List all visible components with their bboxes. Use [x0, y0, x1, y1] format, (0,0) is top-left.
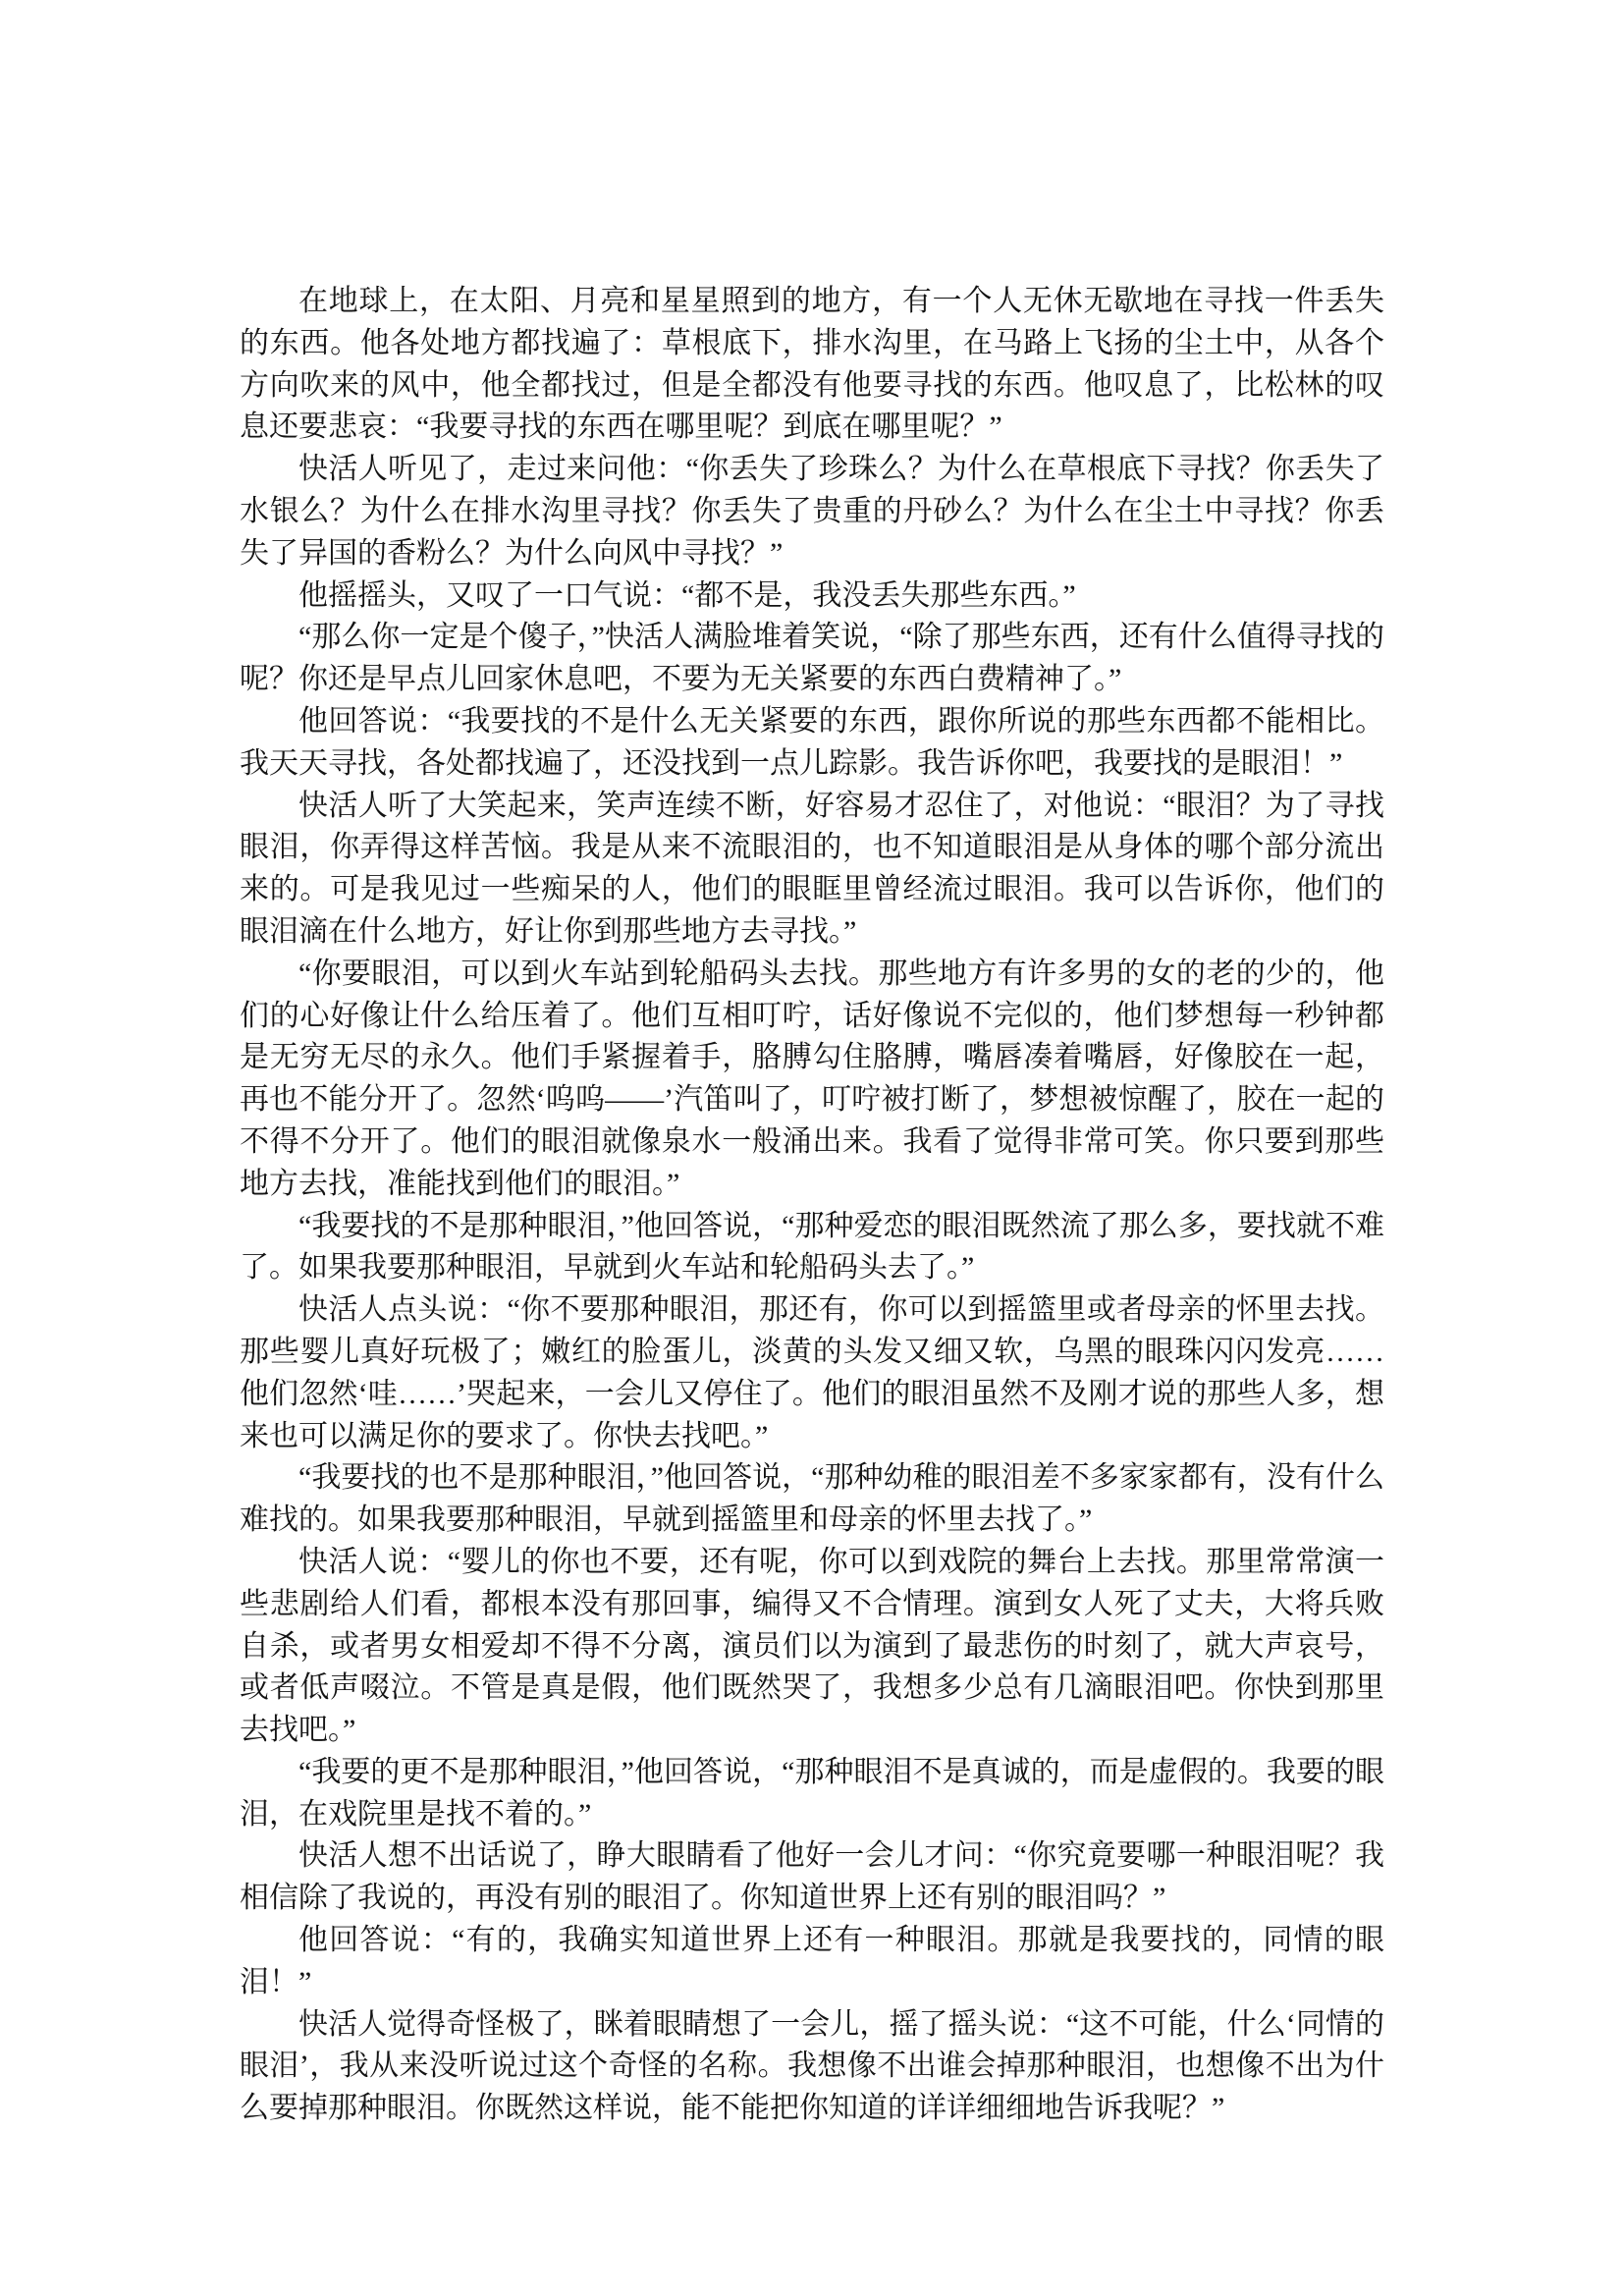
- document-page: 在地球上，在太阳、月亮和星星照到的地方，有一个人无休无歇地在寻找一件丢失的东西。…: [0, 0, 1623, 2296]
- paragraph: 快活人听见了，走过来问他：“你丢失了珍珠么？为什么在草根底下寻找？你丢失了水银么…: [240, 449, 1384, 574]
- paragraph: 快活人想不出话说了，睁大眼睛看了他好一会儿才问：“你究竟要哪一种眼泪呢？我相信除…: [240, 1835, 1384, 1920]
- paragraph: “我要的更不是那种眼泪，”他回答说，“那种眼泪不是真诚的，而是虚假的。我要的眼泪…: [240, 1752, 1384, 1836]
- paragraph: 快活人说：“婴儿的你也不要，还有呢，你可以到戏院的舞台上去找。那里常常演一些悲剧…: [240, 1542, 1384, 1752]
- paragraph: “你要眼泪，可以到火车站到轮船码头去找。那些地方有许多男的女的老的少的，他们的心…: [240, 954, 1384, 1206]
- paragraph: “那么你一定是个傻子，”快活人满脸堆着笑说，“除了那些东西，还有什么值得寻找的呢…: [240, 617, 1384, 701]
- paragraph: “我要找的不是那种眼泪，”他回答说，“那种爱恋的眼泪既然流了那么多，要找就不难了…: [240, 1206, 1384, 1290]
- paragraph: 在地球上，在太阳、月亮和星星照到的地方，有一个人无休无歇地在寻找一件丢失的东西。…: [240, 281, 1384, 449]
- paragraph: 快活人觉得奇怪极了，眯着眼睛想了一会儿，摇了摇头说：“这不可能，什么‘同情的眼泪…: [240, 2004, 1384, 2130]
- paragraph: 快活人点头说：“你不要那种眼泪，那还有，你可以到摇篮里或者母亲的怀里去找。那些婴…: [240, 1289, 1384, 1457]
- paragraph: “我要找的也不是那种眼泪，”他回答说，“那种幼稚的眼泪差不多家家都有，没有什么难…: [240, 1457, 1384, 1542]
- paragraph: 他回答说：“我要找的不是什么无关紧要的东西，跟你所说的那些东西都不能相比。我天天…: [240, 701, 1384, 786]
- paragraph: 快活人听了大笑起来，笑声连续不断，好容易才忍住了，对他说：“眼泪？为了寻找眼泪，…: [240, 786, 1384, 954]
- paragraph: 他摇摇头，又叹了一口气说：“都不是，我没丢失那些东西。”: [240, 575, 1384, 618]
- paragraph: 他回答说：“有的，我确实知道世界上还有一种眼泪。那就是我要找的，同情的眼泪！”: [240, 1920, 1384, 2004]
- story-text-block: 在地球上，在太阳、月亮和星星照到的地方，有一个人无休无歇地在寻找一件丢失的东西。…: [240, 281, 1384, 2130]
